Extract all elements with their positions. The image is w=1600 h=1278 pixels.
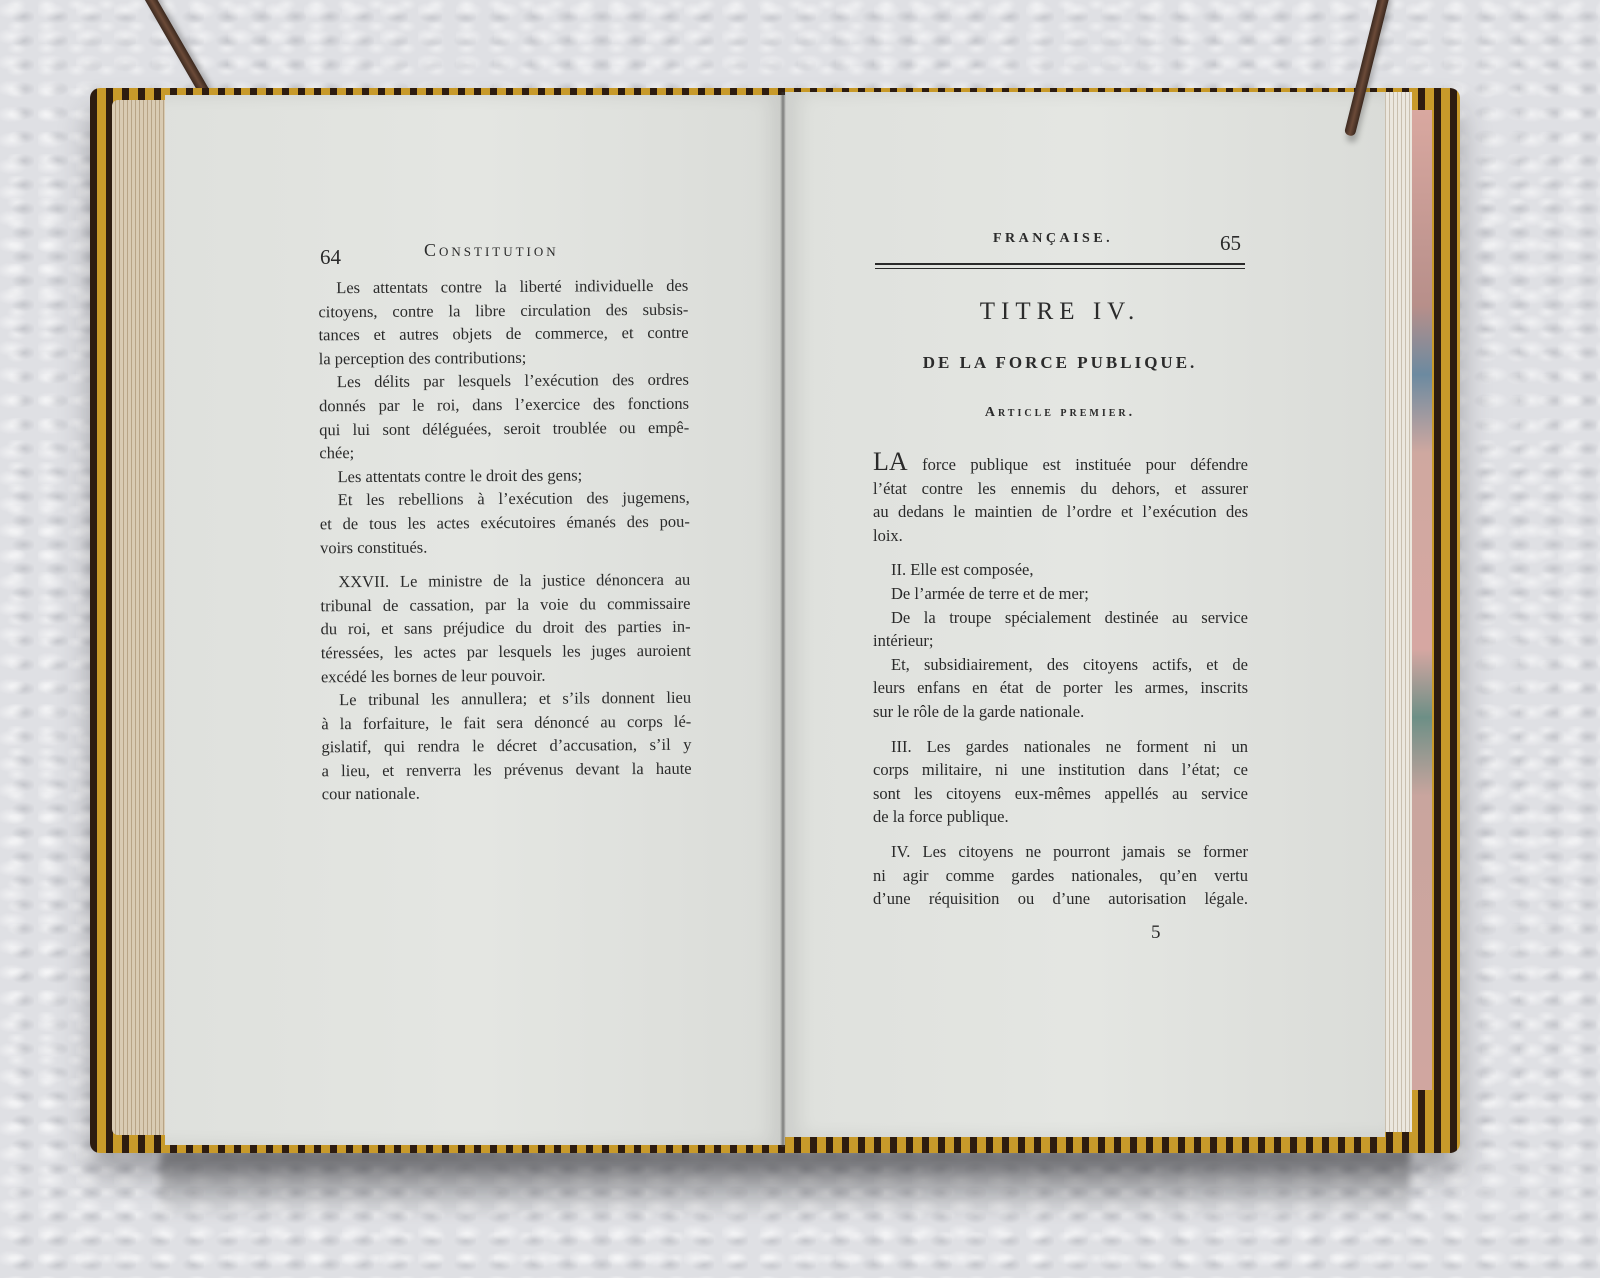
text-line: de la force publique. (873, 805, 1248, 829)
text-line: Le tribunal les annullera; et s’ils donn… (321, 686, 691, 712)
book-shadow (160, 1150, 1410, 1220)
paragraph: Les attentats contre le droit des gens; (319, 462, 689, 488)
article-iv: IV. Les citoyens ne pourront jamais se f… (873, 840, 1248, 911)
text-line: chée; (319, 439, 689, 465)
text-line: Et les rebellions à l’exécution des juge… (320, 486, 690, 512)
right-page-body: LA force publique est instituée pour déf… (873, 450, 1248, 911)
text-line: XXVII. Le ministre de la justice dénonce… (320, 568, 690, 594)
paragraph: Les attentats contre la liberté individu… (318, 274, 689, 371)
text-fragment: force publique est instituée pour défend… (908, 455, 1248, 474)
text-line: citoyens, contre la libre circulation de… (318, 297, 688, 323)
text-line: au dedans le maintien de l’ordre et l’ex… (873, 500, 1248, 524)
text-line: loix. (873, 524, 1248, 548)
section-subtitle: DE LA FORCE PUBLIQUE. (875, 353, 1245, 373)
paragraph: Le tribunal les annullera; et s’ils donn… (321, 686, 692, 807)
paragraph: Et les rebellions à l’exécution des juge… (320, 486, 690, 559)
text-line: donnés par le roi, dans l’exercice des f… (319, 392, 689, 418)
left-page-body: Les attentats contre la liberté individu… (318, 274, 692, 807)
text-line: LA force publique est instituée pour déf… (873, 450, 1248, 477)
text-line: tribunal de cassation, par la voie du co… (320, 591, 690, 617)
text-line: De l’armée de terre et de mer; (873, 582, 1248, 606)
drop-cap: LA (873, 447, 908, 476)
book-gutter (780, 92, 786, 1147)
text-line: a lieu, et renverra les prévenus devant … (322, 757, 692, 783)
text-line: l’état contre les ennemis du dehors, et … (873, 477, 1248, 501)
left-page-number: 64 (320, 245, 341, 270)
text-line: leurs enfans en état de porter les armes… (873, 676, 1248, 700)
text-line: du roi, et sans préjudice du droit des p… (321, 615, 691, 641)
right-page-number: 65 (1220, 231, 1241, 256)
left-page-edges (112, 100, 172, 1135)
text-line: Les attentats contre le droit des gens; (319, 462, 689, 488)
article-xxvii: XXVII. Le ministre de la justice dénonce… (320, 568, 691, 689)
text-line: cour nationale. (322, 780, 692, 806)
text-line: II. Elle est composée, (873, 558, 1248, 582)
text-line: Et, subsidiairement, des citoyens actifs… (873, 653, 1248, 677)
text-line: corps militaire, ni une institution dans… (873, 758, 1248, 782)
article-iii: III. Les gardes nationales ne forment ni… (873, 735, 1248, 829)
article-premier-text: LA force publique est instituée pour déf… (873, 450, 1248, 547)
text-line: ni agir comme gardes nationales, qu’en v… (873, 864, 1248, 888)
text-line: qui lui sont déléguées, seroit troublée … (319, 415, 689, 441)
text-line: et de tous les actes exécutoires émanés … (320, 510, 690, 536)
text-line: sont les citoyens eux-mêmes appellés au … (873, 782, 1248, 806)
text-line: Les délits par lesquels l’exécution des … (319, 368, 689, 394)
header-double-rule (875, 263, 1245, 269)
text-line: la perception des contributions; (319, 344, 689, 370)
signature-mark: 5 (1151, 922, 1161, 944)
left-running-head: Constitution (424, 240, 559, 261)
text-line: voirs constitués. (320, 533, 690, 559)
marbled-endpaper (1410, 110, 1432, 1090)
text-line: IV. Les citoyens ne pourront jamais se f… (873, 840, 1248, 864)
text-line: à la forfaiture, le fait sera dénoncé au… (321, 709, 691, 735)
text-line: tances et autres objets de commerce, et … (318, 321, 688, 347)
text-line: III. Les gardes nationales ne forment ni… (873, 735, 1248, 759)
text-line: Les attentats contre la liberté individu… (318, 274, 688, 300)
text-line: téressées, les actes par lesquels les ju… (321, 639, 691, 665)
text-line: excédé les bornes de leur pouvoir. (321, 662, 691, 688)
text-line: d’une réquisition ou d’une autorisation … (873, 887, 1248, 911)
text-line: gislatif, qui rendra le décret d’accusat… (321, 733, 691, 759)
article-heading: Article premier. (875, 405, 1245, 421)
text-line: intérieur; (873, 629, 1248, 653)
section-title: TITRE IV. (875, 298, 1245, 326)
text-line: sur le rôle de la garde nationale. (873, 700, 1248, 724)
right-running-head: FRANÇAISE. (993, 231, 1113, 247)
text-line: De la troupe spécialement destinée au se… (873, 606, 1248, 630)
paragraph: Les délits par lesquels l’exécution des … (319, 368, 690, 465)
article-ii: II. Elle est composée, De l’armée de ter… (873, 558, 1248, 723)
